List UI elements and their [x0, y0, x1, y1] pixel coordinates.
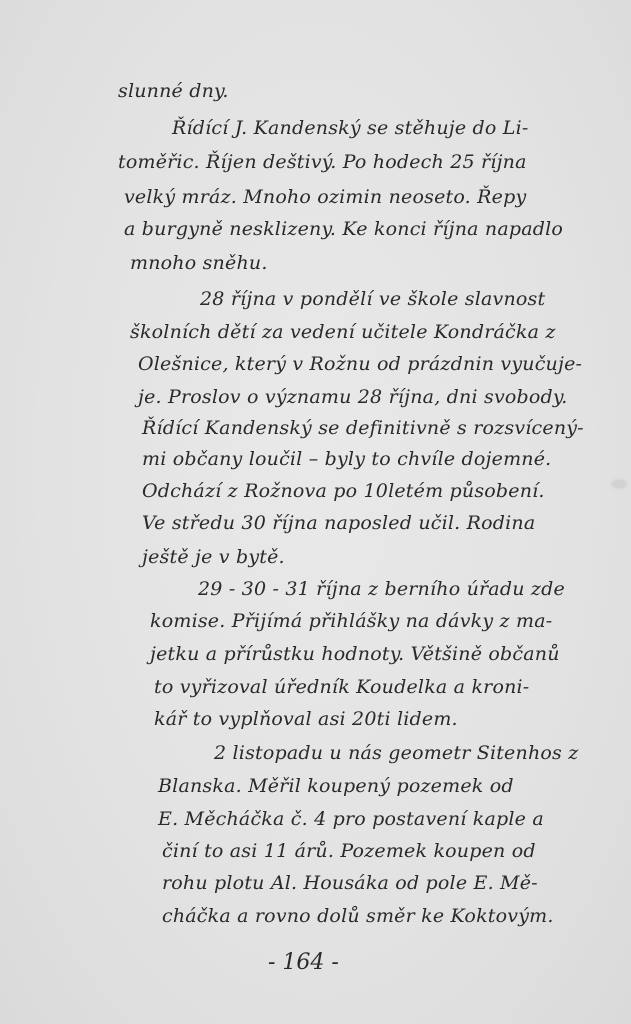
text-line: Blanska. Měřil koupený pozemek od [158, 775, 514, 797]
text-line: školních dětí za vedení učitele Kondráčk… [130, 321, 556, 343]
text-line: slunné dny. [118, 80, 229, 102]
text-line: a burgyně nesklizeny. Ke konci října nap… [124, 218, 563, 240]
text-line: 28 října v pondělí ve škole slavnost [200, 288, 545, 310]
page-number: - 164 - [268, 950, 339, 975]
text-line: mi občany loučil – byly to chvíle dojemn… [142, 448, 551, 470]
text-line: 29 - 30 - 31 října z berního úřadu zde [198, 578, 565, 600]
text-line: to vyřizoval úředník Koudelka a kroni- [154, 676, 529, 698]
text-line: mnoho sněhu. [130, 252, 268, 274]
paper-mark [612, 480, 626, 488]
text-line: Odchází z Rožnova po 10letém působení. [142, 480, 545, 502]
text-line: rohu plotu Al. Housáka od pole E. Mě- [162, 872, 538, 894]
text-line: jetku a přírůstku hodnoty. Většině občan… [150, 643, 560, 665]
text-line: je. Proslov o významu 28 října, dni svob… [138, 386, 568, 408]
text-line: Řídící J. Kandenský se stěhuje do Li- [172, 117, 529, 139]
text-line: kář to vyplňoval asi 20ti lidem. [154, 708, 458, 730]
text-line: komise. Přijímá přihlášky na dávky z ma- [150, 610, 552, 632]
text-line: Olešnice, který v Rožnu od prázdnin vyuč… [138, 353, 582, 375]
text-line: E. Měcháčka č. 4 pro postavení kaple a [158, 808, 544, 830]
text-line: 2 listopadu u nás geometr Sitenhos z [214, 742, 578, 764]
text-line: toměřic. Říjen deštivý. Po hodech 25 říj… [118, 151, 527, 173]
text-line: cháčka a rovno dolů směr ke Koktovým. [162, 905, 554, 927]
text-line: Řídící Kandenský se definitivně s rozsví… [142, 417, 584, 439]
text-line: Ve středu 30 října naposled učil. Rodina [142, 512, 535, 534]
text-line: ještě je v bytě. [142, 546, 285, 568]
text-line: činí to asi 11 árů. Pozemek koupen od [162, 840, 536, 862]
text-line: velký mráz. Mnoho ozimin neoseto. Řepy [124, 186, 526, 208]
manuscript-page: slunné dny. Řídící J. Kandenský se stěhu… [0, 0, 631, 1024]
